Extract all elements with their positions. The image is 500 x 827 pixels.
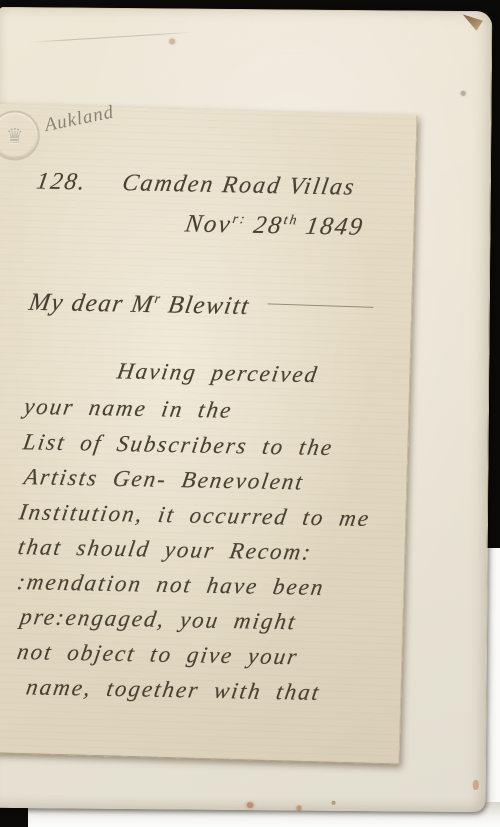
letter-line: not object to give your bbox=[15, 639, 300, 670]
date-month-superscript: r: bbox=[232, 211, 248, 226]
letter-line: that should your Recom: bbox=[16, 534, 314, 566]
letter-line: :mendation not have been bbox=[15, 569, 326, 601]
foxing-spot bbox=[297, 805, 302, 810]
salutation-text: My dear M bbox=[27, 289, 156, 318]
date-year: 1849 bbox=[304, 213, 366, 241]
photograph: ♛ Aukland 128. Camden Road Villas Novr: … bbox=[0, 0, 500, 827]
letter-line: your name in the bbox=[22, 394, 234, 424]
letter-line: Having perceived bbox=[115, 358, 320, 388]
foxing-spot bbox=[332, 801, 336, 805]
crown-glyph: ♛ bbox=[5, 123, 24, 148]
album-page: ♛ Aukland 128. Camden Road Villas Novr: … bbox=[0, 7, 492, 812]
salutation-name: Blewitt bbox=[166, 292, 252, 320]
foxing-spot bbox=[461, 91, 466, 96]
letter-line: Institution, it occurred to me bbox=[17, 499, 372, 532]
letter-line: name, together with that bbox=[24, 674, 322, 706]
letter-sheet: ♛ Aukland 128. Camden Road Villas Novr: … bbox=[0, 104, 417, 765]
embossed-crown-stamp-icon: ♛ bbox=[0, 110, 40, 161]
salutation-flourish bbox=[268, 303, 374, 308]
address-line: 128. Camden Road Villas bbox=[34, 169, 357, 202]
letter-line: Artists Gen- Benevolent bbox=[22, 464, 306, 495]
salutation: My dear Mr Blewitt bbox=[27, 289, 376, 324]
date-day: 28 bbox=[252, 212, 285, 239]
address-street: Camden Road Villas bbox=[120, 170, 357, 200]
salutation-superscript: r bbox=[154, 291, 163, 306]
foxing-spot bbox=[247, 802, 254, 808]
address-number: 128. bbox=[35, 169, 89, 196]
foxing-spot bbox=[473, 780, 479, 790]
page-corner-fold bbox=[460, 14, 483, 31]
date-month: Nov bbox=[183, 210, 234, 238]
date-day-superscript: th bbox=[283, 212, 300, 227]
date-line: Novr: 28th 1849 bbox=[183, 210, 366, 242]
letter-line: List of Subscribers to the bbox=[21, 429, 335, 461]
foxing-spot bbox=[169, 38, 175, 44]
pencil-annotation: Aukland bbox=[43, 102, 116, 137]
letter-line: pre:engaged, you might bbox=[18, 604, 298, 635]
